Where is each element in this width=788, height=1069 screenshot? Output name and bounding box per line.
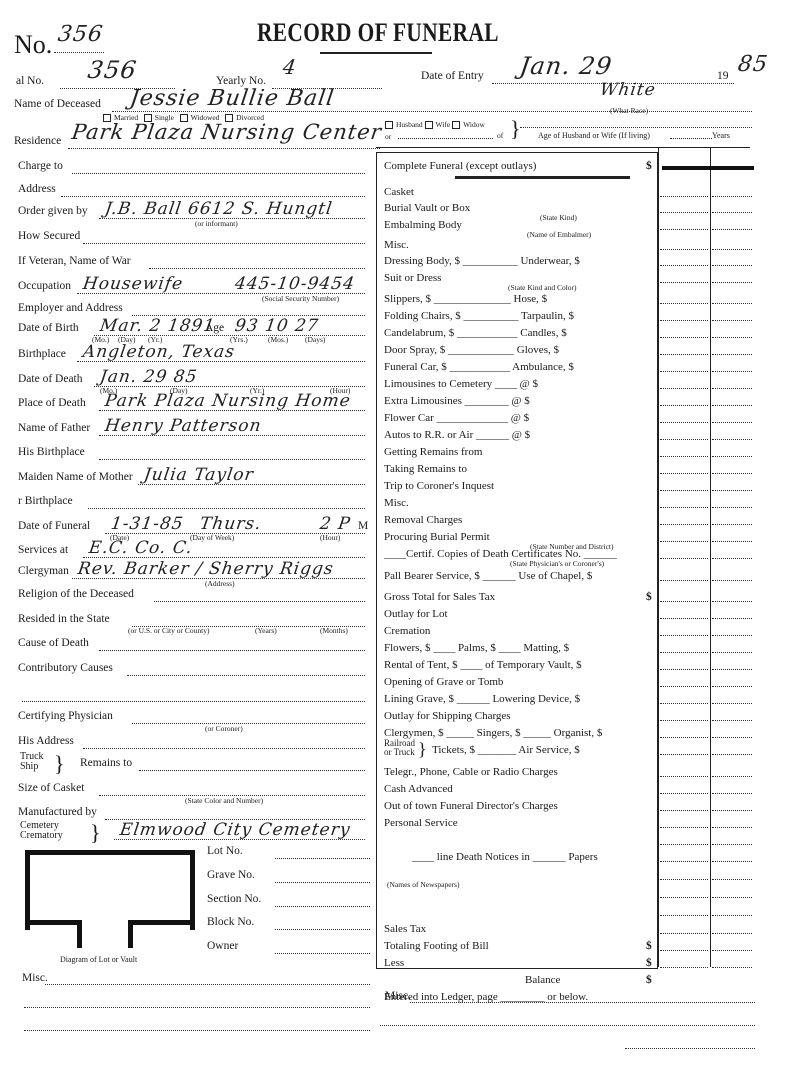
charge-caption: (State Kind and Color) [508,283,577,292]
field-caption: (Hour) [320,533,340,542]
field-input[interactable] [22,701,365,702]
cents-cell[interactable] [712,844,752,845]
cents-cell[interactable] [712,580,752,581]
husband-checkbox[interactable]: Husband [385,120,423,129]
charge-label: Pall Bearer Service, $ ______ Use of Cha… [384,570,592,582]
charge-label: Opening of Grave or Tomb [384,676,503,688]
field-input[interactable] [149,268,366,269]
residence-label: Residence [14,135,61,147]
field-value: Mar. 2 1891 [98,316,216,336]
amount-cell[interactable] [660,754,708,755]
lot-field-input[interactable] [275,953,370,954]
charge-label: Flowers, $ ____ Palms, $ ____ Matting, $ [384,642,569,654]
brace-label: TruckShip [20,752,44,772]
field-value: J.B. Ball 6612 S. Hungtl [104,199,334,219]
charge-caption: (Names of Newspapers) [387,880,459,889]
field-input[interactable] [83,748,366,749]
amount-cell[interactable] [660,303,708,304]
lot-field-label: Grave No. [207,869,255,881]
field-input[interactable] [61,196,366,197]
field-value: Park Plaza Nursing Home [104,391,353,411]
amount-cell[interactable] [660,473,708,474]
hour-suffix: M [358,520,368,532]
cents-cell[interactable] [712,456,752,457]
cents-cell[interactable] [712,810,752,811]
field-value: Julia Taylor [142,465,255,485]
field-label: Place of Death [18,397,86,409]
lot-diagram [25,850,195,930]
field-label: Occupation [18,280,71,292]
field-value: Elmwood City Cemetery [119,820,352,840]
cents-cell[interactable] [712,933,752,934]
or-label: or [385,132,391,141]
charge-label: Autos to R.R. or Air ______ @ $ [384,429,530,441]
field-caption: (Social Security Number) [262,294,339,303]
charge-label: Dressing Body, $ __________ Underwear, $ [384,255,580,267]
cents-cell[interactable] [712,405,752,406]
field-label: Contributory Causes [18,662,113,674]
field-label: Maiden Name of Mother [18,471,133,483]
age-value: 93 10 27 [234,316,321,336]
field-input[interactable] [99,650,365,651]
charge-label: Outlay for Lot [384,608,448,620]
field-label: Name of Father [18,422,90,434]
charge-label: Candelabrum, $ ___________ Candles, $ [384,327,567,339]
amount-cell[interactable] [660,720,708,721]
charge-label: Taking Remains to [384,463,467,475]
cents-cell[interactable] [712,776,752,777]
cents-cell[interactable] [712,320,752,321]
lot-field-label: Block No. [207,916,254,928]
ssn-value: 445-10-9454 [234,274,357,294]
field-label: Date of Death [18,373,83,385]
cents-cell[interactable] [712,669,752,670]
field-label: If Veteran, Name of War [18,255,131,267]
field-input[interactable] [132,723,365,724]
amount-cell[interactable] [660,933,708,934]
field-caption: (Day of Week) [190,533,234,542]
field-label: How Secured [18,230,80,242]
charge-label: Out of town Funeral Director's Charges [384,800,558,812]
cents-cell[interactable] [712,265,752,266]
field-label: Order given by [18,205,88,217]
amount-cell[interactable] [660,737,708,738]
day-of-week-value: Thurs. [199,514,263,534]
amount-cell[interactable] [660,541,708,542]
charge-label: Extra Limousines ________ @ $ [384,395,530,407]
cents-cell[interactable] [712,737,752,738]
amount-cell[interactable] [660,601,708,602]
charge-label: Cash Advanced [384,783,453,795]
field-label: Resided in the State [18,613,110,625]
lot-field-label: Owner [207,940,238,952]
field-label: His Birthplace [18,446,85,458]
amount-cell[interactable] [660,967,708,968]
field-label: Size of Casket [18,782,84,794]
charge-label: Balance [525,974,560,986]
amount-cell[interactable] [660,439,708,440]
amount-cell[interactable] [660,558,708,559]
cents-cell[interactable] [712,473,752,474]
charge-label: Flower Car _____________ @ $ [384,412,529,424]
yearly-no-value: 4 [281,55,298,79]
amount-cell[interactable] [660,320,708,321]
brace-label: CemeteryCrematory [20,821,63,841]
field-input[interactable] [83,243,366,244]
charge-label: Less [384,957,404,969]
years-label: Years [712,131,730,140]
field-label: Services at [18,544,68,556]
field-value: Housewife [82,274,185,294]
deceased-name-label: Name of Deceased [14,98,101,110]
amount-cell[interactable] [660,371,708,372]
cents-cell[interactable] [712,490,752,491]
misc-left-label: Misc. [22,972,48,984]
charge-caption: (Name of Embalmer) [527,230,591,239]
cents-cell[interactable] [712,282,752,283]
charge-label: Burial Vault or Box [384,202,470,214]
widow-checkbox[interactable]: Widow [452,120,485,129]
date-of-entry-label: Date of Entry [421,70,484,82]
amount-cell[interactable] [660,618,708,619]
field-value: E.C. Co. C. [87,538,193,558]
race-caption: (What Race) [610,106,648,115]
charge-label: Removal Charges [384,514,462,526]
charge-label: Gross Total for Sales Tax [384,591,495,603]
amount-cell[interactable] [660,249,708,250]
date-of-entry-value: Jan. 29 [518,52,614,80]
amount-cell[interactable] [660,686,708,687]
cents-cell[interactable] [712,601,752,602]
record-number-label: No. [14,30,52,60]
field-label: Address [18,183,56,195]
charge-label: Telegr., Phone, Cable or Radio Charges [384,766,558,778]
amount-cell[interactable] [660,580,708,581]
charge-label: Misc. [384,497,409,509]
field-label: Date of Birth [18,322,79,334]
amount-cell[interactable] [660,652,708,653]
amount-cell[interactable] [660,196,708,197]
charge-label: Sales Tax [384,923,426,935]
charge-label: Tickets, $ _______ Air Service, $ [432,744,580,756]
age-spouse-label: Age of Husband or Wife (If living) [538,131,650,140]
amount-cell[interactable] [660,776,708,777]
age-label: Age [205,322,224,334]
charge-label: Lining Grave, $ ______ Lowering Device, … [384,693,580,705]
lot-field-input[interactable] [275,858,370,859]
cents-cell[interactable] [712,720,752,721]
cents-cell[interactable] [712,388,752,389]
amount-cell[interactable] [660,844,708,845]
spouse-options: Husband Wife Widow [385,120,485,129]
charge-caption: (State Physician's or Coroner's) [510,559,604,568]
railroad-label: Railroador Truck [384,739,415,757]
field-input[interactable] [154,601,365,602]
charge-label: Suit or Dress [384,272,441,284]
charge-label: Casket [384,186,414,198]
field-value: 1-31-85 [109,514,184,534]
field-label: Religion of the Deceased [18,588,134,600]
charge-label: Embalming Body [384,219,462,231]
field-value: Rev. Barker / Sherry Riggs [76,559,334,579]
amount-cell[interactable] [660,388,708,389]
charge-label: Rental of Tent, $ ____ of Temporary Vaul… [384,659,582,671]
amount-cell[interactable] [660,405,708,406]
amount-cell[interactable] [660,422,708,423]
field-caption: (Days) [305,335,325,344]
cents-cell[interactable] [712,337,752,338]
amount-cell[interactable] [660,879,708,880]
field-value: Henry Patterson [104,416,263,436]
field-caption: (Mos.) [268,335,288,344]
cents-cell[interactable] [712,541,752,542]
field-input[interactable] [127,675,366,676]
amount-cell[interactable] [660,793,708,794]
cents-cell[interactable] [712,652,752,653]
wife-checkbox[interactable]: Wife [425,120,451,129]
amount-cell[interactable] [660,490,708,491]
amount-cell[interactable] [660,354,708,355]
field-caption: (or Coroner) [205,724,243,733]
amount-cell[interactable] [660,950,708,951]
field-input[interactable] [72,173,366,174]
of-label: of [497,131,503,140]
charge-label: Limousines to Cemetery ____ @ $ [384,378,538,390]
field-caption: (Years) [255,626,277,635]
field-label: Certifying Physician [18,710,113,722]
amount-cell[interactable] [660,337,708,338]
cents-cell[interactable] [712,507,752,508]
lot-field-input[interactable] [275,929,370,930]
dollar-sign: $ [646,940,652,952]
cents-cell[interactable] [712,354,752,355]
field-input[interactable] [139,770,365,771]
cents-cell[interactable] [712,439,752,440]
amount-cell[interactable] [660,507,708,508]
cents-cell[interactable] [712,212,752,213]
amount-cell[interactable] [660,810,708,811]
dollar-sign: $ [646,957,652,969]
field-caption: (Months) [320,626,348,635]
lot-field-label: Section No. [207,893,261,905]
field-label: Date of Funeral [18,520,90,532]
amount-cell[interactable] [660,282,708,283]
record-number-value: 356 [56,22,105,47]
cents-cell[interactable] [712,950,752,951]
field-label: Clergyman [18,565,69,577]
amount-cell[interactable] [660,265,708,266]
field-label: r Birthplace [18,495,73,507]
cents-cell[interactable] [712,558,752,559]
charge-label: Personal Service [384,817,458,829]
field-label: Employer and Address [18,302,123,314]
lot-field-input[interactable] [275,882,370,883]
field-label: Charge to [18,160,63,172]
cents-cell[interactable] [712,897,752,898]
residence-value: Park Plaza Nursing Center [70,120,383,144]
charge-label: Door Spray, $ ____________ Gloves, $ [384,344,559,356]
field-input[interactable] [88,508,365,509]
cents-cell[interactable] [712,754,752,755]
amount-cell[interactable] [660,827,708,828]
field-caption: (or informant) [195,219,238,228]
page-title: RECORD OF FUNERAL [257,18,499,48]
year-value: 85 [736,52,770,77]
serial-no-value: 356 [86,56,139,84]
field-label: Cause of Death [18,637,89,649]
field-caption: (State Color and Number) [185,796,263,805]
serial-no-label: al No. [16,75,44,87]
deceased-name-value: Jessie Bullie Ball [128,86,336,111]
charge-label: Getting Remains from [384,446,482,458]
charge-label: Misc. [384,239,409,251]
cents-cell[interactable] [712,229,752,230]
charge-label: Cremation [384,625,430,637]
cents-cell[interactable] [712,196,752,197]
amount-cell[interactable] [660,861,708,862]
cents-cell[interactable] [712,967,752,968]
field-caption: (Address) [205,579,235,588]
field-label: His Address [18,735,74,747]
field-caption: (or U.S. or City or County) [128,626,209,635]
cents-cell[interactable] [712,422,752,423]
hour-value: 2 P [319,514,352,534]
charge-caption: (State Kind) [540,213,577,222]
cents-cell[interactable] [712,371,752,372]
cents-cell[interactable] [712,249,752,250]
charge-label: Trip to Coroner's Inquest [384,480,494,492]
diagram-caption: Diagram of Lot or Vault [60,955,137,964]
amount-cell[interactable] [660,635,708,636]
charge-label: Totaling Footing of Bill [384,940,489,952]
cents-cell[interactable] [712,703,752,704]
cents-cell[interactable] [712,793,752,794]
cents-cell[interactable] [712,827,752,828]
cents-cell[interactable] [712,861,752,862]
cents-cell[interactable] [712,618,752,619]
charge-caption: (State Number and District) [530,542,614,551]
field-input[interactable] [99,459,365,460]
charge-label: Funeral Car, $ ___________ Ambulance, $ [384,361,574,373]
charge-label: Slippers, $ ______________ Hose, $ [384,293,547,305]
dollar-sign: $ [646,974,652,986]
amount-cell[interactable] [660,212,708,213]
cents-cell[interactable] [712,879,752,880]
amount-cell[interactable] [660,229,708,230]
charge-label: Clergymen, $ _____ Singers, $ _____ Orga… [384,727,602,739]
year-prefix: 19 [717,70,729,82]
charge-label: Folding Chairs, $ __________ Tarpaulin, … [384,310,574,322]
charge-label: Procuring Burial Permit [384,531,490,543]
amount-cell[interactable] [660,915,708,916]
misc-right-label: Misc. [385,990,411,1002]
race-value: White [599,80,658,100]
amount-cell[interactable] [660,456,708,457]
cents-cell[interactable] [712,635,752,636]
lot-field-label: Lot No. [207,845,243,857]
cents-cell[interactable] [712,303,752,304]
field-label: Birthplace [18,348,66,360]
amount-cell[interactable] [660,669,708,670]
charge-label: ____ line Death Notices in ______ Papers [412,851,598,863]
cents-cell[interactable] [712,686,752,687]
amount-cell[interactable] [660,897,708,898]
amount-cell[interactable] [660,524,708,525]
field-label: Manufactured by [18,806,97,818]
field-label: Remains to [80,757,132,769]
field-value: Jan. 29 85 [98,367,198,387]
cents-cell[interactable] [712,524,752,525]
dollar-sign: $ [646,591,652,603]
amount-cell[interactable] [660,703,708,704]
charge-label: Complete Funeral (except outlays) [384,160,536,172]
field-value: Angleton, Texas [82,342,237,362]
cents-cell[interactable] [712,915,752,916]
lot-field-input[interactable] [275,906,370,907]
charge-label: Outlay for Shipping Charges [384,710,511,722]
dollar-sign: $ [646,160,652,172]
